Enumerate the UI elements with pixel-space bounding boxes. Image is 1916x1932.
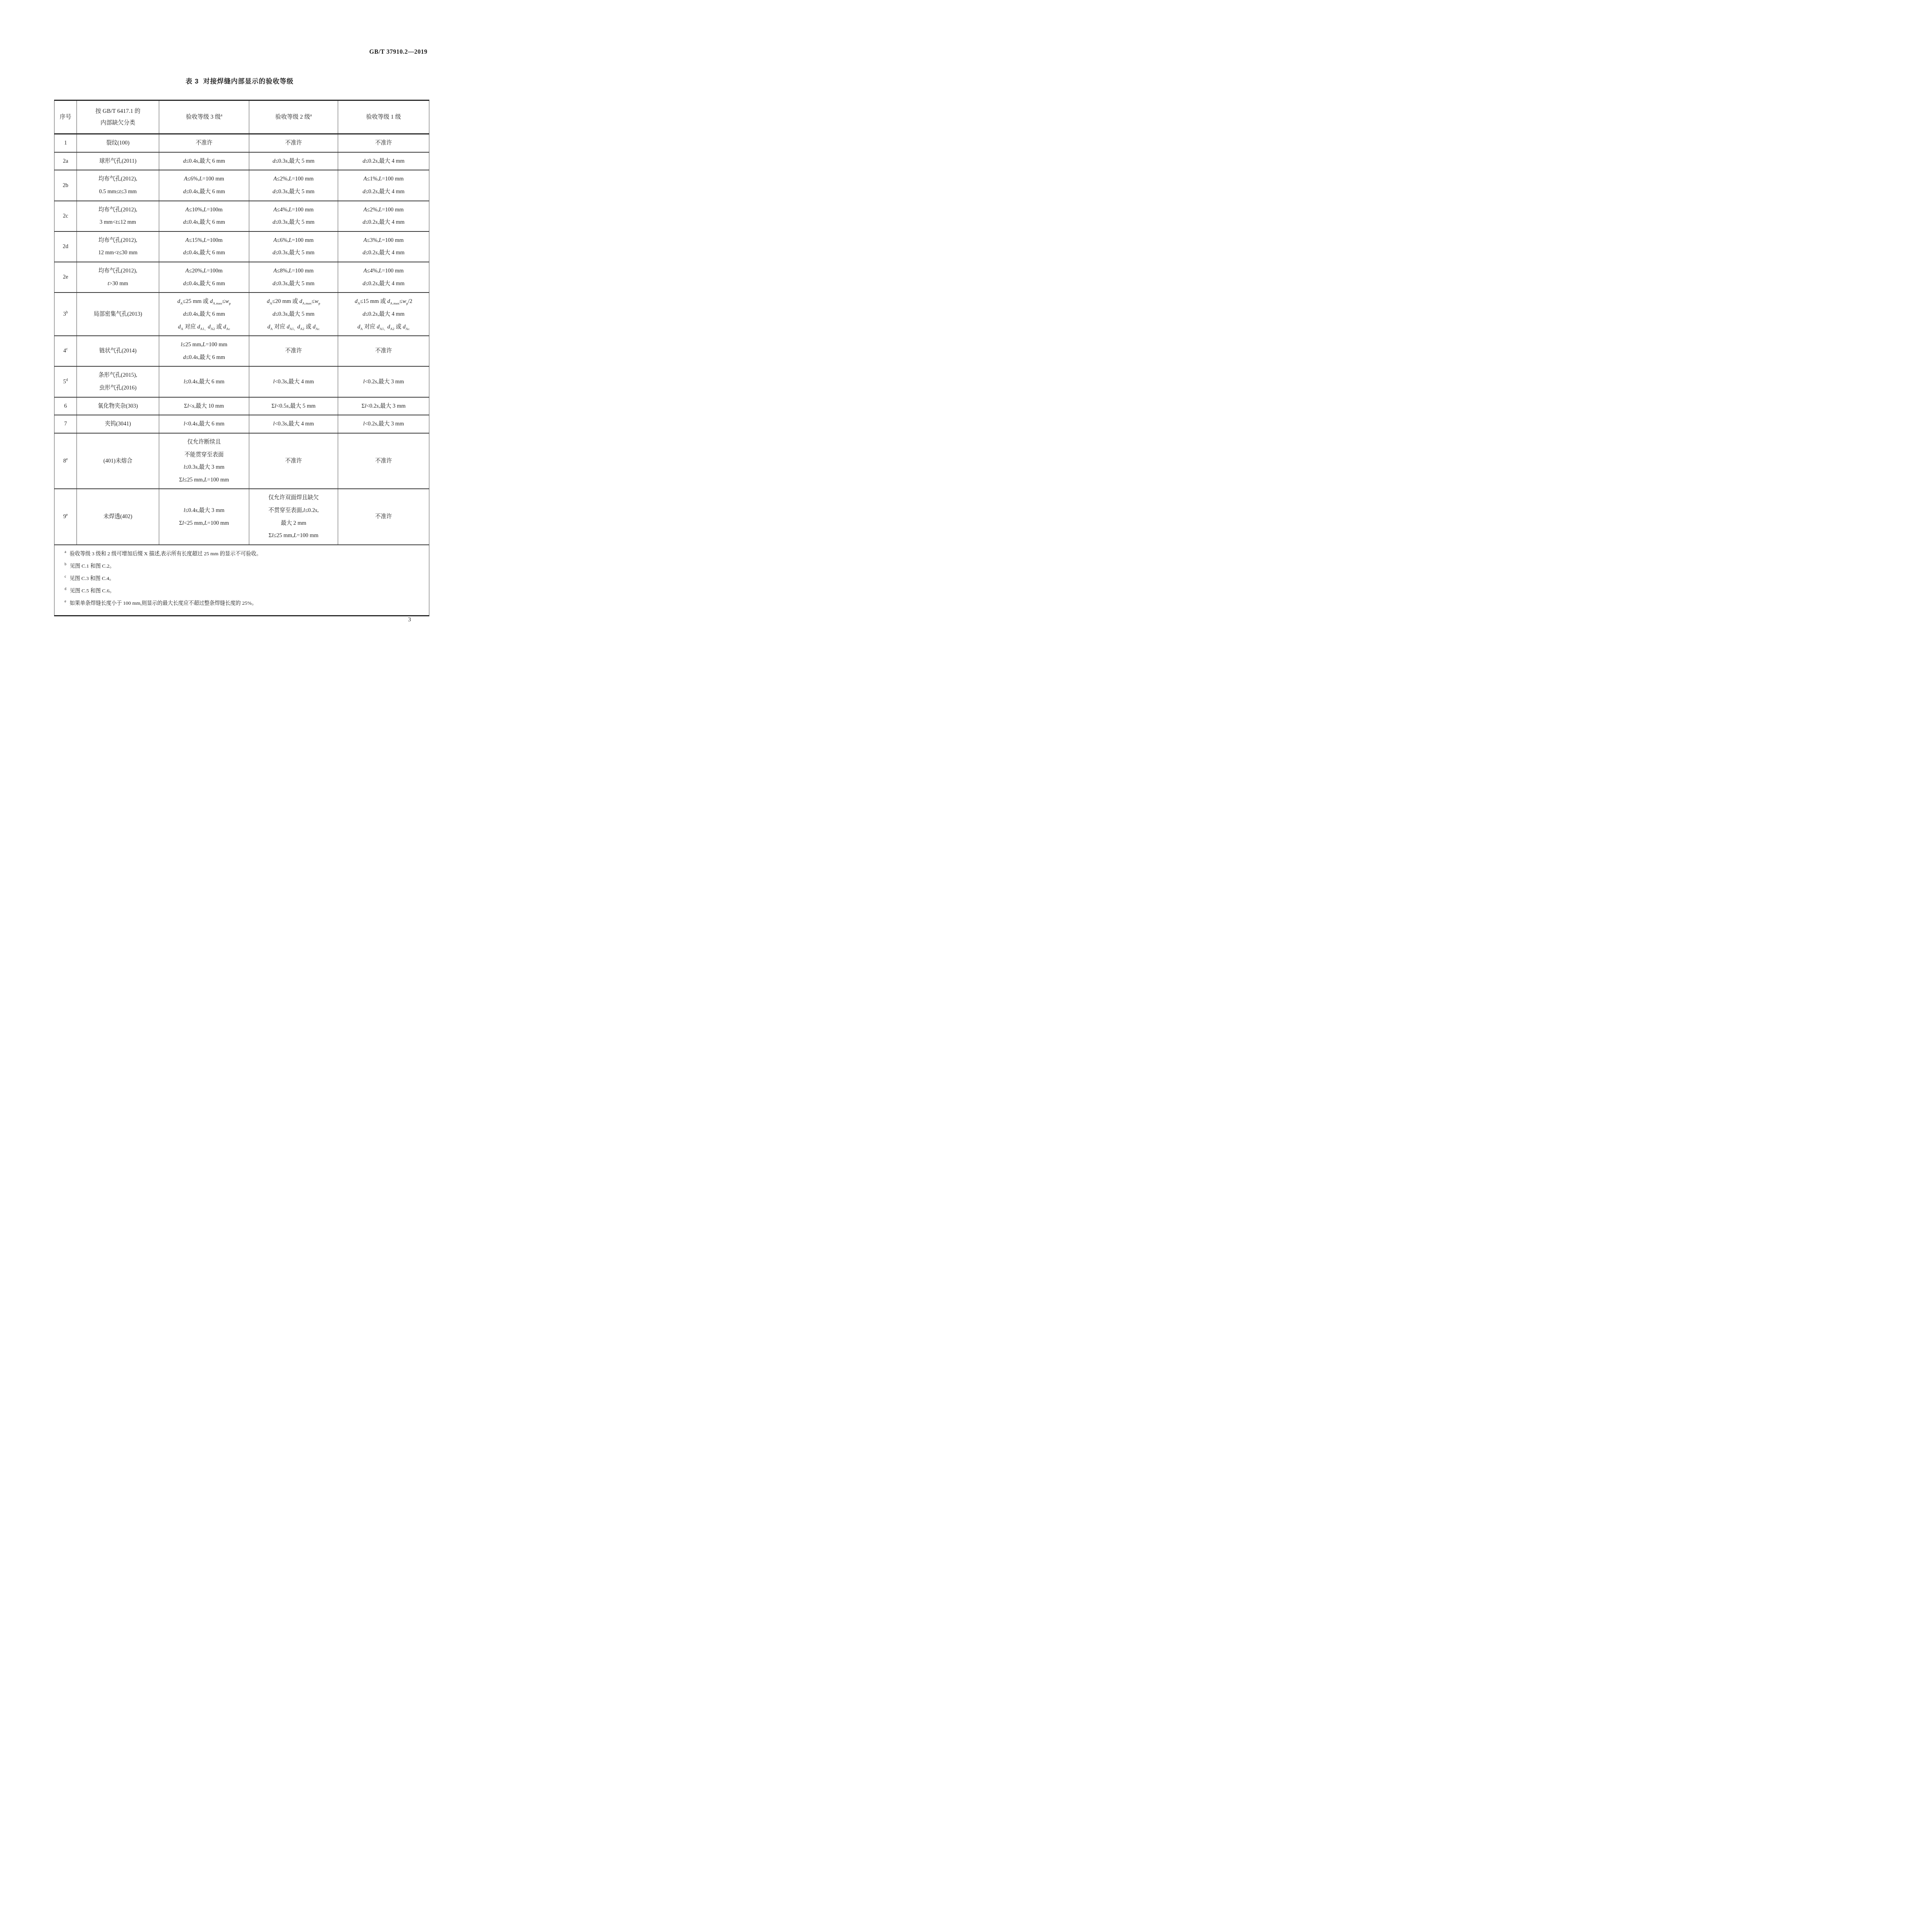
level1-value-cell: 不准许 (338, 489, 429, 545)
level1-value-cell: dA≤15 mm 或 dA.max≤wp/2d≤0.2s,最大 4 mmdA 对… (338, 293, 429, 336)
defect-class-cell: 未焊透(402) (77, 489, 159, 545)
page-number: 3 (408, 617, 411, 623)
level2-value-cell: l<0.3s,最大 4 mm (249, 366, 338, 397)
footnote-row: a验收等级 3 级和 2 级可增加后缀 X 描述,表示所有长度超过 25 mm … (54, 545, 429, 616)
defect-class-cell: 链状气孔(2014) (77, 336, 159, 366)
level3-value-cell: d≤0.4s,最大 6 mm (159, 152, 249, 170)
defect-class-cell: 局部密集气孔(2013) (77, 293, 159, 336)
row-number-cell: 8e (54, 433, 77, 489)
table-row: 6 氧化物夹杂(303) Σl<s,最大 10 mm Σl<0.5s,最大 5 … (54, 397, 429, 415)
table-row: 8e (401)未熔合 仅允许断续且不能贯穿至表面l≤0.3s,最大 3 mmΣ… (54, 433, 429, 489)
level3-value-cell: A≤10%,L=100md≤0.4s,最大 6 mm (159, 201, 249, 231)
col-header-level1: 验收等级 1 级 (338, 100, 429, 134)
level3-value-cell: l≤25 mm,L=100 mmd≤0.4s,最大 6 mm (159, 336, 249, 366)
level1-value-cell: d≤0.2s,最大 4 mm (338, 152, 429, 170)
defect-class-cell: 均布气孔(2012),0.5 mm≤t≤3 mm (77, 170, 159, 201)
table-row: 9e 未焊透(402) l≤0.4s,最大 3 mmΣl<25 mm,L=100… (54, 489, 429, 545)
row-number-cell: 2c (54, 201, 77, 231)
table-footnote-section: a验收等级 3 级和 2 级可增加后缀 X 描述,表示所有长度超过 25 mm … (54, 545, 429, 616)
level3-value-cell: l<0.4s,最大 6 mm (159, 415, 249, 433)
row-number-cell: 1 (54, 134, 77, 152)
level1-value-cell: Σl<0.2s,最大 3 mm (338, 397, 429, 415)
level2-value-cell: Σl<0.5s,最大 5 mm (249, 397, 338, 415)
footnote: d见图 C.5 和图 C.6。 (65, 587, 422, 595)
col-header-level3: 验收等级 3 级a (159, 100, 249, 134)
defect-class-cell: 条形气孔(2015),虫形气孔(2016) (77, 366, 159, 397)
level1-value-cell: A≤3%,L=100 mmd≤0.2s,最大 4 mm (338, 231, 429, 262)
level3-value-cell: l≤0.4s,最大 6 mm (159, 366, 249, 397)
row-number-cell: 2b (54, 170, 77, 201)
level2-value-cell: dA≤20 mm 或 dA.max≤wpd≤0.3s,最大 5 mmdA 对应 … (249, 293, 338, 336)
defect-class-cell: 氧化物夹杂(303) (77, 397, 159, 415)
acceptance-levels-table: 序号 按 GB/T 6417.1 的内部缺欠分类 验收等级 3 级a 验收等级 … (54, 100, 429, 616)
footnote: b见图 C.1 和图 C.2。 (65, 562, 422, 570)
level3-value-cell: A≤20%,L=100md≤0.4s,最大 6 mm (159, 262, 249, 293)
level1-value-cell: l<0.2s,最大 3 mm (338, 366, 429, 397)
level2-value-cell: A≤8%,L=100 mmd≤0.3s,最大 5 mm (249, 262, 338, 293)
table-row: 7 夹钨(3041) l<0.4s,最大 6 mm l<0.3s,最大 4 mm… (54, 415, 429, 433)
level1-value-cell: 不准许 (338, 336, 429, 366)
row-number-cell: 2e (54, 262, 77, 293)
table-row: 5d 条形气孔(2015),虫形气孔(2016) l≤0.4s,最大 6 mm … (54, 366, 429, 397)
standard-code-header: GB/T 37910.2—2019 (369, 49, 427, 56)
level3-value-cell: 不准许 (159, 134, 249, 152)
table-row: 2c 均布气孔(2012),3 mm<t≤12 mm A≤10%,L=100md… (54, 201, 429, 231)
level3-value-cell: Σl<s,最大 10 mm (159, 397, 249, 415)
defect-class-cell: 球形气孔(2011) (77, 152, 159, 170)
defect-class-cell: (401)未熔合 (77, 433, 159, 489)
row-number-cell: 2a (54, 152, 77, 170)
level2-value-cell: 仅允许双面焊且缺欠不贯穿至表面,l≤0.2s,最大 2 mmΣl≤25 mm,L… (249, 489, 338, 545)
level1-value-cell: A≤1%,L=100 mmd≤0.2s,最大 4 mm (338, 170, 429, 201)
row-number-cell: 3b (54, 293, 77, 336)
table-row: 2b 均布气孔(2012),0.5 mm≤t≤3 mm A≤6%,L=100 m… (54, 170, 429, 201)
row-number-cell: 4c (54, 336, 77, 366)
level2-value-cell: A≤4%,L=100 mmd≤0.3s,最大 5 mm (249, 201, 338, 231)
footnote-text: 见图 C.5 和图 C.6。 (70, 588, 115, 594)
footnote: a验收等级 3 级和 2 级可增加后缀 X 描述,表示所有长度超过 25 mm … (65, 550, 422, 558)
row-number-cell: 5d (54, 366, 77, 397)
level3-value-cell: 仅允许断续且不能贯穿至表面l≤0.3s,最大 3 mmΣl≤25 mm,L=10… (159, 433, 249, 489)
level1-value-cell: l<0.2s,最大 3 mm (338, 415, 429, 433)
level2-value-cell: 不准许 (249, 336, 338, 366)
footnote-text: 见图 C.1 和图 C.2。 (70, 563, 115, 569)
defect-class-cell: 均布气孔(2012),t>30 mm (77, 262, 159, 293)
level3-value-cell: A≤15%,L=100md≤0.4s,最大 6 mm (159, 231, 249, 262)
table-row: 2e 均布气孔(2012),t>30 mm A≤20%,L=100md≤0.4s… (54, 262, 429, 293)
footnote: e如果单条焊缝长度小于 100 mm,则显示的最大长度应不超过整条焊缝长度的 2… (65, 599, 422, 607)
col-header-classification: 按 GB/T 6417.1 的内部缺欠分类 (77, 100, 159, 134)
header-row: 序号 按 GB/T 6417.1 的内部缺欠分类 验收等级 3 级a 验收等级 … (54, 100, 429, 134)
table-title: 表 3 对接焊缝内部显示的验收等级 (0, 76, 479, 85)
defect-class-cell: 均布气孔(2012),12 mm<t≤30 mm (77, 231, 159, 262)
level2-value-cell: A≤2%,L=100 mmd≤0.3s,最大 5 mm (249, 170, 338, 201)
table-header: 序号 按 GB/T 6417.1 的内部缺欠分类 验收等级 3 级a 验收等级 … (54, 100, 429, 134)
table-row: 3b 局部密集气孔(2013) dA≤25 mm 或 dA.max≤wpd≤0.… (54, 293, 429, 336)
level1-value-cell: A≤2%,L=100 mmd≤0.2s,最大 4 mm (338, 201, 429, 231)
level2-value-cell: 不准许 (249, 433, 338, 489)
table-row: 1 裂纹(100) 不准许 不准许 不准许 (54, 134, 429, 152)
level1-value-cell: A≤4%,L=100 mmd≤0.2s,最大 4 mm (338, 262, 429, 293)
level2-value-cell: 不准许 (249, 134, 338, 152)
defect-class-cell: 裂纹(100) (77, 134, 159, 152)
level2-value-cell: d≤0.3s,最大 5 mm (249, 152, 338, 170)
table-row: 2a 球形气孔(2011) d≤0.4s,最大 6 mm d≤0.3s,最大 5… (54, 152, 429, 170)
defect-class-cell: 夹钨(3041) (77, 415, 159, 433)
level3-value-cell: l≤0.4s,最大 3 mmΣl<25 mm,L=100 mm (159, 489, 249, 545)
col-header-no: 序号 (54, 100, 77, 134)
footnote: c见图 C.3 和图 C.4。 (65, 575, 422, 583)
row-number-cell: 6 (54, 397, 77, 415)
footnotes: a验收等级 3 级和 2 级可增加后缀 X 描述,表示所有长度超过 25 mm … (54, 545, 429, 616)
level2-value-cell: l<0.3s,最大 4 mm (249, 415, 338, 433)
col-header-level2: 验收等级 2 级a (249, 100, 338, 134)
level3-value-cell: dA≤25 mm 或 dA.max≤wpd≤0.4s,最大 6 mmdA 对应 … (159, 293, 249, 336)
level1-value-cell: 不准许 (338, 433, 429, 489)
table-row: 4c 链状气孔(2014) l≤25 mm,L=100 mmd≤0.4s,最大 … (54, 336, 429, 366)
document-page: GB/T 37910.2—2019 表 3 对接焊缝内部显示的验收等级 序号 按… (0, 0, 479, 677)
footnote-text: 验收等级 3 级和 2 级可增加后缀 X 描述,表示所有长度超过 25 mm 的… (70, 551, 262, 556)
row-number-cell: 9e (54, 489, 77, 545)
level1-value-cell: 不准许 (338, 134, 429, 152)
footnote-text: 如果单条焊缝长度小于 100 mm,则显示的最大长度应不超过整条焊缝长度的 25… (70, 600, 257, 606)
table-row: 2d 均布气孔(2012),12 mm<t≤30 mm A≤15%,L=100m… (54, 231, 429, 262)
level3-value-cell: A≤6%,L=100 mmd≤0.4s,最大 6 mm (159, 170, 249, 201)
footnote-text: 见图 C.3 和图 C.4。 (70, 575, 114, 581)
level2-value-cell: A≤6%,L=100 mmd≤0.3s,最大 5 mm (249, 231, 338, 262)
row-number-cell: 7 (54, 415, 77, 433)
row-number-cell: 2d (54, 231, 77, 262)
table-body: 1 裂纹(100) 不准许 不准许 不准许 2a 球形气孔(2011) d≤0.… (54, 134, 429, 545)
defect-class-cell: 均布气孔(2012),3 mm<t≤12 mm (77, 201, 159, 231)
